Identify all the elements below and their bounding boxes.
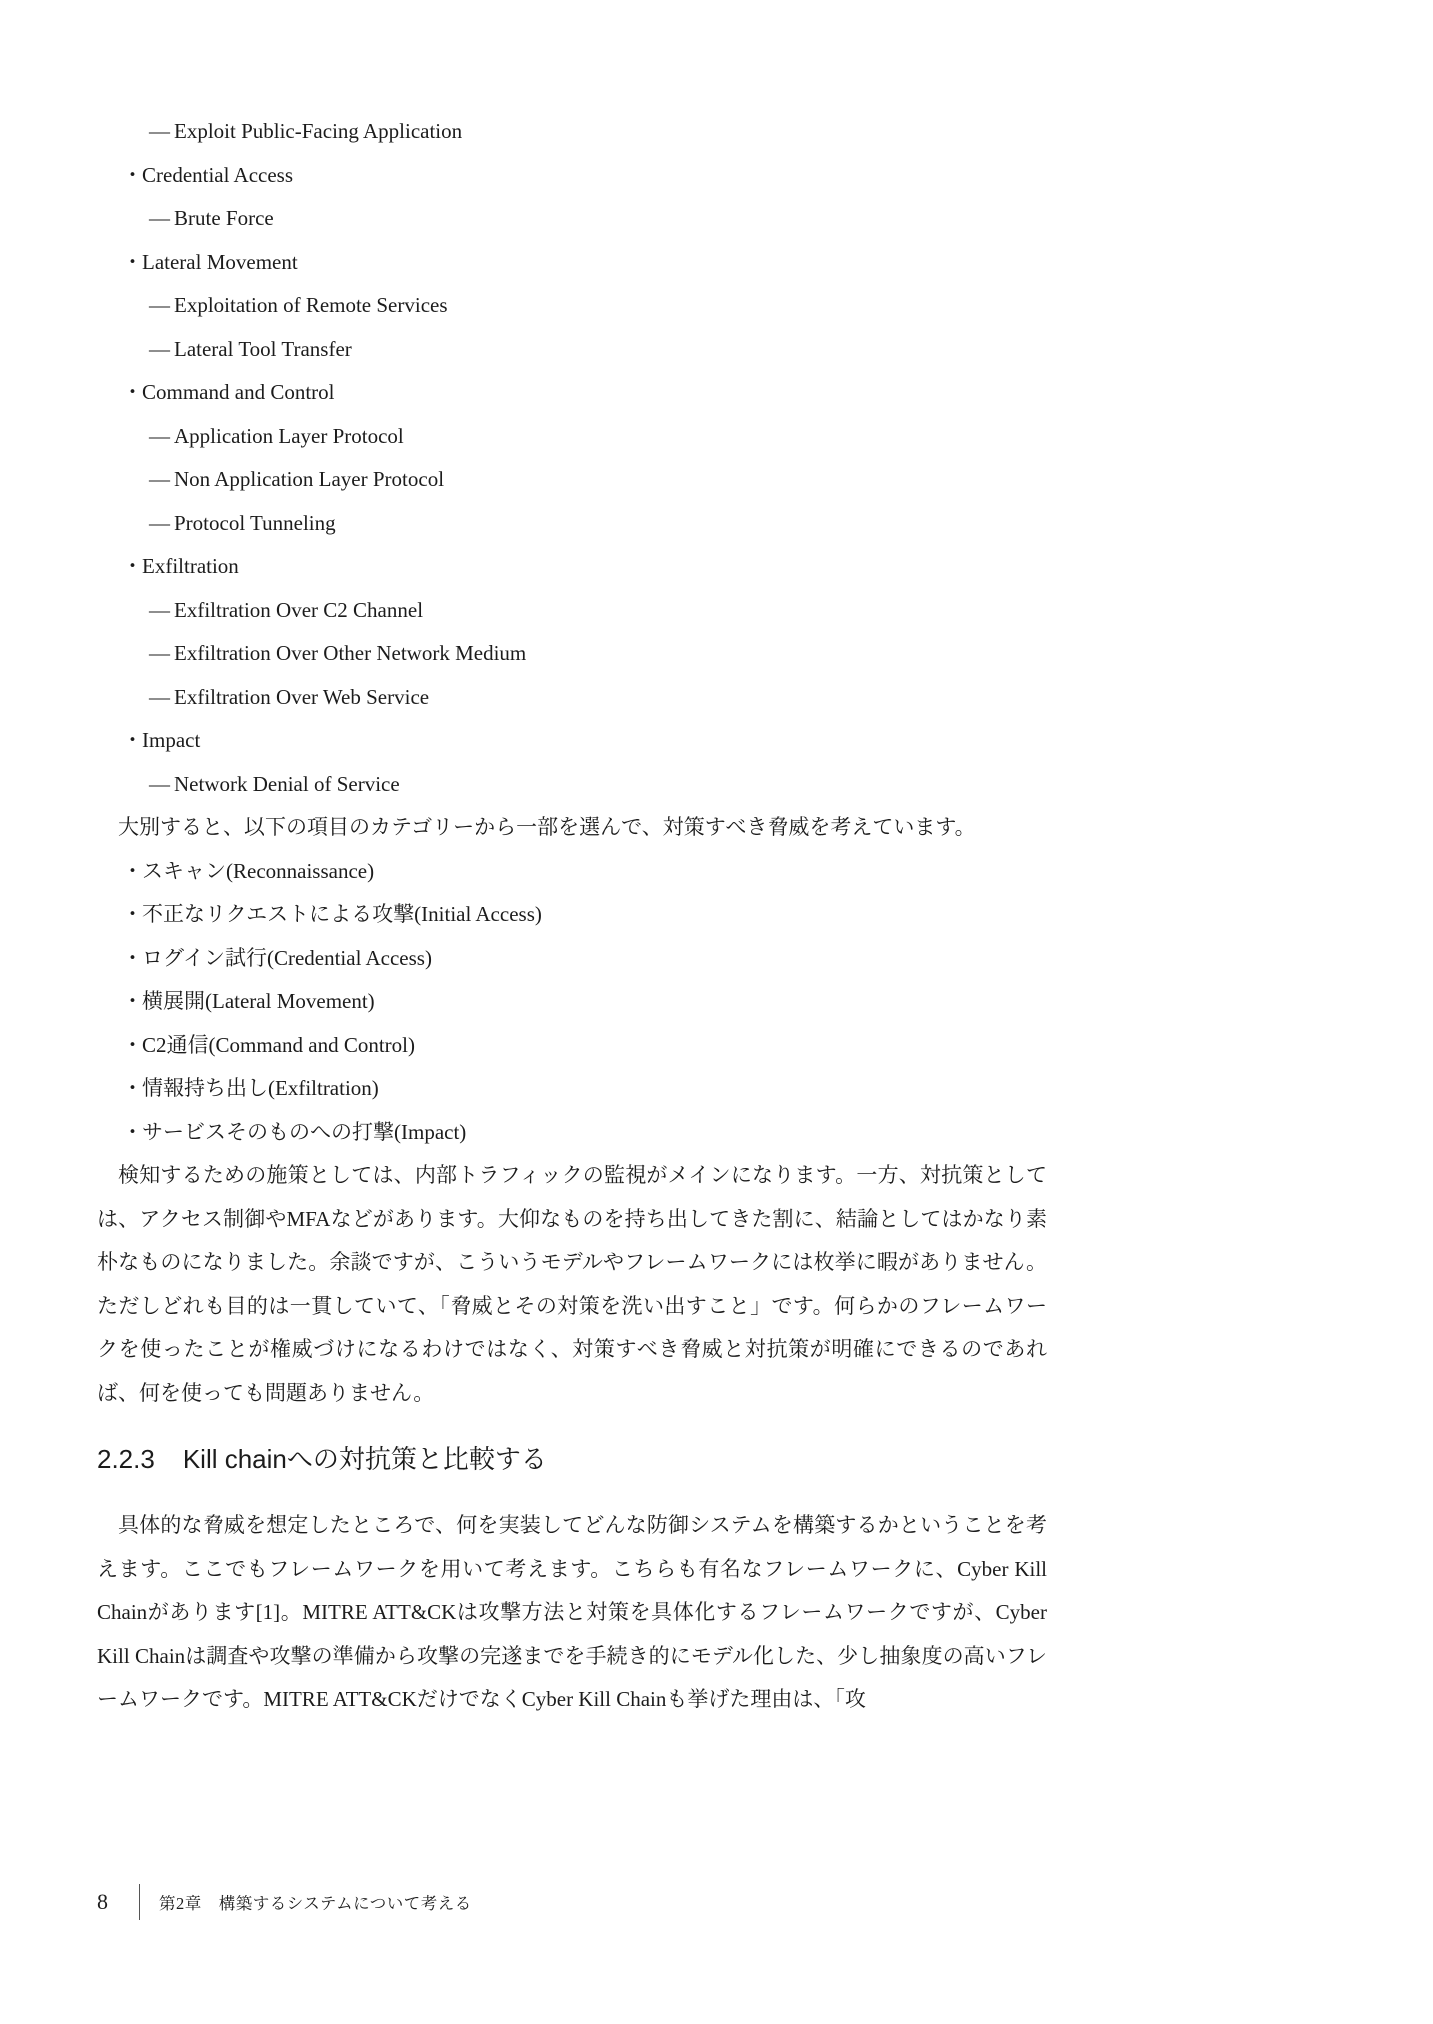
list-item: ・ログイン試行(Credential Access): [97, 937, 1047, 981]
list-item-label: スキャン(Reconnaissance): [142, 859, 374, 883]
list-item: ―Exploitation of Remote Services: [97, 284, 1047, 328]
list-item-label: Protocol Tunneling: [174, 511, 336, 535]
page-number: 8: [97, 1889, 108, 1915]
list-item-label: Exploitation of Remote Services: [174, 293, 448, 317]
body-paragraph-2: 具体的な脅威を想定したところで、何を実装してどんな防御システムを構築するかという…: [97, 1504, 1047, 1722]
list-item: ・C2通信(Command and Control): [97, 1024, 1047, 1068]
document-page: ―Exploit Public-Facing Application・Crede…: [0, 0, 1433, 2024]
list-item-label: Lateral Movement: [142, 250, 298, 274]
list-bullet-glyph: ―: [149, 110, 174, 154]
list-bullet-glyph: ・: [122, 545, 142, 589]
page-footer: 8 第2章 構築するシステムについて考える: [97, 1884, 472, 1920]
list-item: ―Exploit Public-Facing Application: [97, 110, 1047, 154]
section-heading: 2.2.3Kill chainへの対抗策と比較する: [97, 1441, 1047, 1477]
list-item-label: 不正なリクエストによる攻撃(Initial Access): [142, 902, 542, 926]
list-bullet-glyph: ―: [149, 458, 174, 502]
list-item: ―Exfiltration Over Other Network Medium: [97, 632, 1047, 676]
list-bullet-glyph: ―: [149, 284, 174, 328]
list-bullet-glyph: ・: [122, 1111, 142, 1155]
list-item-label: Network Denial of Service: [174, 772, 400, 796]
list-item: ・Credential Access: [97, 154, 1047, 198]
list-item-label: 情報持ち出し(Exfiltration): [142, 1076, 379, 1100]
list-item-label: ログイン試行(Credential Access): [142, 946, 432, 970]
list-item: ―Exfiltration Over Web Service: [97, 676, 1047, 720]
list-bullet-glyph: ・: [122, 719, 142, 763]
list-item-label: Exfiltration Over Other Network Medium: [174, 641, 526, 665]
list-bullet-glyph: ・: [122, 893, 142, 937]
list-item: ―Lateral Tool Transfer: [97, 328, 1047, 372]
list-item-label: Exfiltration: [142, 554, 239, 578]
list-item: ・横展開(Lateral Movement): [97, 980, 1047, 1024]
list-item: ・不正なリクエストによる攻撃(Initial Access): [97, 893, 1047, 937]
list-item-label: Brute Force: [174, 206, 274, 230]
list-item: ・Lateral Movement: [97, 241, 1047, 285]
list-bullet-glyph: ―: [149, 589, 174, 633]
list-bullet-glyph: ・: [122, 937, 142, 981]
list-bullet-glyph: ・: [122, 241, 142, 285]
list-bullet-glyph: ・: [122, 850, 142, 894]
list-item: ・Command and Control: [97, 371, 1047, 415]
list-bullet-glyph: ―: [149, 415, 174, 459]
list-bullet-glyph: ・: [122, 1067, 142, 1111]
list-item: ・スキャン(Reconnaissance): [97, 850, 1047, 894]
list-item: ―Protocol Tunneling: [97, 502, 1047, 546]
section-heading-title: Kill chainへの対抗策と比較する: [183, 1444, 547, 1474]
list-item-label: Command and Control: [142, 380, 335, 404]
list-bullet-glyph: ―: [149, 328, 174, 372]
list-item-label: Impact: [142, 728, 200, 752]
list-item: ・サービスそのものへの打撃(Impact): [97, 1111, 1047, 1155]
list-item-label: Credential Access: [142, 163, 293, 187]
list-item: ―Network Denial of Service: [97, 763, 1047, 807]
list-bullet-glyph: ・: [122, 154, 142, 198]
list-item: ―Exfiltration Over C2 Channel: [97, 589, 1047, 633]
footer-divider: [139, 1884, 140, 1920]
list-item-label: Exfiltration Over C2 Channel: [174, 598, 423, 622]
page-content: ―Exploit Public-Facing Application・Crede…: [97, 110, 1047, 1722]
footer-chapter-title: 第2章 構築するシステムについて考える: [159, 1890, 472, 1914]
list-item: ・Impact: [97, 719, 1047, 763]
threat-category-list: ・スキャン(Reconnaissance)・不正なリクエストによる攻撃(Init…: [97, 850, 1047, 1155]
list-item-label: Exfiltration Over Web Service: [174, 685, 429, 709]
list-item-label: Lateral Tool Transfer: [174, 337, 352, 361]
list-item: ・情報持ち出し(Exfiltration): [97, 1067, 1047, 1111]
list-bullet-glyph: ・: [122, 980, 142, 1024]
list-item: ―Application Layer Protocol: [97, 415, 1047, 459]
list-bullet-glyph: ・: [122, 1024, 142, 1068]
body-paragraph-1: 検知するための施策としては、内部トラフィックの監視がメインになります。一方、対抗…: [97, 1154, 1047, 1415]
list-item-label: C2通信(Command and Control): [142, 1033, 415, 1057]
list-bullet-glyph: ―: [149, 676, 174, 720]
list-bullet-glyph: ―: [149, 502, 174, 546]
attack-technique-list: ―Exploit Public-Facing Application・Crede…: [97, 110, 1047, 806]
list-item-label: Exploit Public-Facing Application: [174, 119, 462, 143]
list-bullet-glyph: ―: [149, 763, 174, 807]
intro-paragraph: 大別すると、以下の項目のカテゴリーから一部を選んで、対策すべき脅威を考えています…: [97, 806, 1047, 850]
list-bullet-glyph: ・: [122, 371, 142, 415]
list-item: ―Non Application Layer Protocol: [97, 458, 1047, 502]
list-bullet-glyph: ―: [149, 197, 174, 241]
list-item-label: Application Layer Protocol: [174, 424, 404, 448]
list-item: ・Exfiltration: [97, 545, 1047, 589]
list-item-label: 横展開(Lateral Movement): [142, 989, 375, 1013]
list-bullet-glyph: ―: [149, 632, 174, 676]
section-heading-number: 2.2.3: [97, 1444, 155, 1474]
list-item-label: Non Application Layer Protocol: [174, 467, 444, 491]
list-item: ―Brute Force: [97, 197, 1047, 241]
list-item-label: サービスそのものへの打撃(Impact): [142, 1120, 466, 1144]
